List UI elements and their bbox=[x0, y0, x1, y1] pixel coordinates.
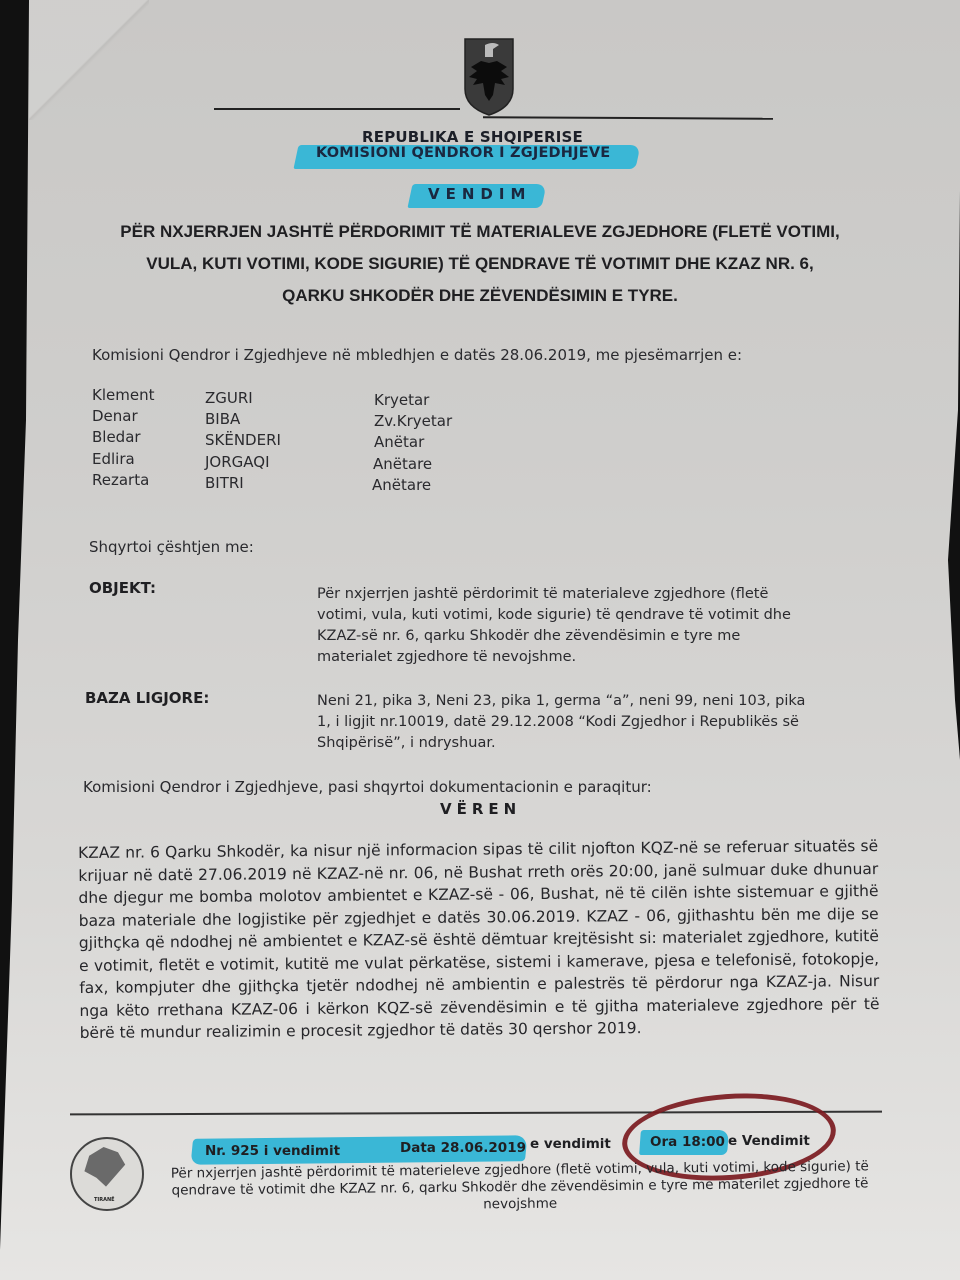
legal-basis-line: Shqipërisë”, i ndryshuar. bbox=[317, 733, 865, 754]
member-last-name: ZGURI bbox=[205, 389, 253, 407]
objekt-text: Për nxjerrjen jashtë përdorimit të mater… bbox=[317, 584, 791, 668]
member-role: Kryetar bbox=[374, 391, 429, 409]
decision-number: Nr. 925 i vendimit bbox=[205, 1143, 340, 1159]
member-first-name: Klement bbox=[92, 386, 154, 404]
objekt-line: Për nxjerrjen jashtë përdorimit të mater… bbox=[317, 584, 791, 605]
member-last-name: BITRI bbox=[205, 474, 244, 492]
member-last-name: SKËNDERI bbox=[205, 431, 281, 449]
kqz-seal-icon: TIRANË bbox=[70, 1137, 144, 1211]
member-first-name: Denar bbox=[92, 407, 138, 425]
decision-date: Data 28.06.2019 bbox=[400, 1140, 526, 1156]
footer-description: Për nxjerrjen jashtë përdorimit të mater… bbox=[170, 1158, 870, 1216]
title-line: PËR NXJERRJEN JASHTË PËRDORIMIT TË MATER… bbox=[90, 216, 870, 248]
member-role: Zv.Kryetar bbox=[374, 412, 452, 430]
veren-heading: VËREN bbox=[440, 800, 521, 818]
member-first-name: Rezarta bbox=[92, 471, 149, 489]
member-first-name: Bledar bbox=[92, 428, 141, 446]
legal-basis-label: BAZA LIGJORE: bbox=[85, 689, 209, 707]
member-last-name: BIBA bbox=[205, 410, 240, 428]
member-role: Anëtar bbox=[374, 433, 424, 451]
decision-title: PËR NXJERRJEN JASHTË PËRDORIMIT TË MATER… bbox=[90, 216, 870, 312]
member-role: Anëtare bbox=[372, 476, 431, 494]
reviewed-label: Shqyrtoi çështjen me: bbox=[89, 538, 254, 556]
seal-map-shape bbox=[82, 1147, 130, 1191]
header-rule-left bbox=[214, 108, 460, 110]
legal-basis-line: 1, i ligjit nr.10019, datë 29.12.2008 “K… bbox=[317, 712, 865, 733]
member-last-name: JORGAQI bbox=[205, 453, 270, 471]
title-line: VULA, KUTI VOTIMI, KODE SIGURIE) TË QEND… bbox=[90, 248, 870, 280]
objekt-line: materialet zgjedhore të nevojshme. bbox=[317, 647, 791, 668]
document-type: VENDIM bbox=[428, 185, 531, 203]
objekt-line: KZAZ-së nr. 6, qarku Shkodër dhe zëvendë… bbox=[317, 626, 791, 647]
legal-basis-line: Neni 21, pika 3, Neni 23, pika 1, germa … bbox=[317, 691, 865, 712]
seal-caption: TIRANË bbox=[94, 1197, 115, 1203]
title-line: QARKU SHKODËR DHE ZËVENDËSIMIN E TYRE. bbox=[90, 280, 870, 312]
findings-paragraph: KZAZ nr. 6 Qarku Shkodër, ka nisur një i… bbox=[78, 835, 880, 1044]
commission-name: KOMISIONI QENDROR I ZGJEDHJEVE bbox=[316, 145, 610, 161]
after-review-text: Komisioni Qendror i Zgjedhjeve, pasi shq… bbox=[83, 778, 652, 796]
meeting-intro: Komisioni Qendror i Zgjedhjeve në mbledh… bbox=[92, 346, 742, 364]
objekt-line: votimi, vula, kuti votimi, kode sigurie)… bbox=[317, 605, 791, 626]
decision-date-suffix: e vendimit bbox=[530, 1136, 611, 1152]
albania-coat-of-arms-icon bbox=[463, 37, 515, 117]
member-first-name: Edlira bbox=[92, 450, 135, 468]
objekt-label: OBJEKT: bbox=[89, 579, 156, 597]
member-role: Anëtare bbox=[373, 455, 432, 473]
republic-name: REPUBLIKA E SHQIPERISE bbox=[362, 128, 583, 146]
legal-basis-text: Neni 21, pika 3, Neni 23, pika 1, germa … bbox=[317, 691, 865, 754]
